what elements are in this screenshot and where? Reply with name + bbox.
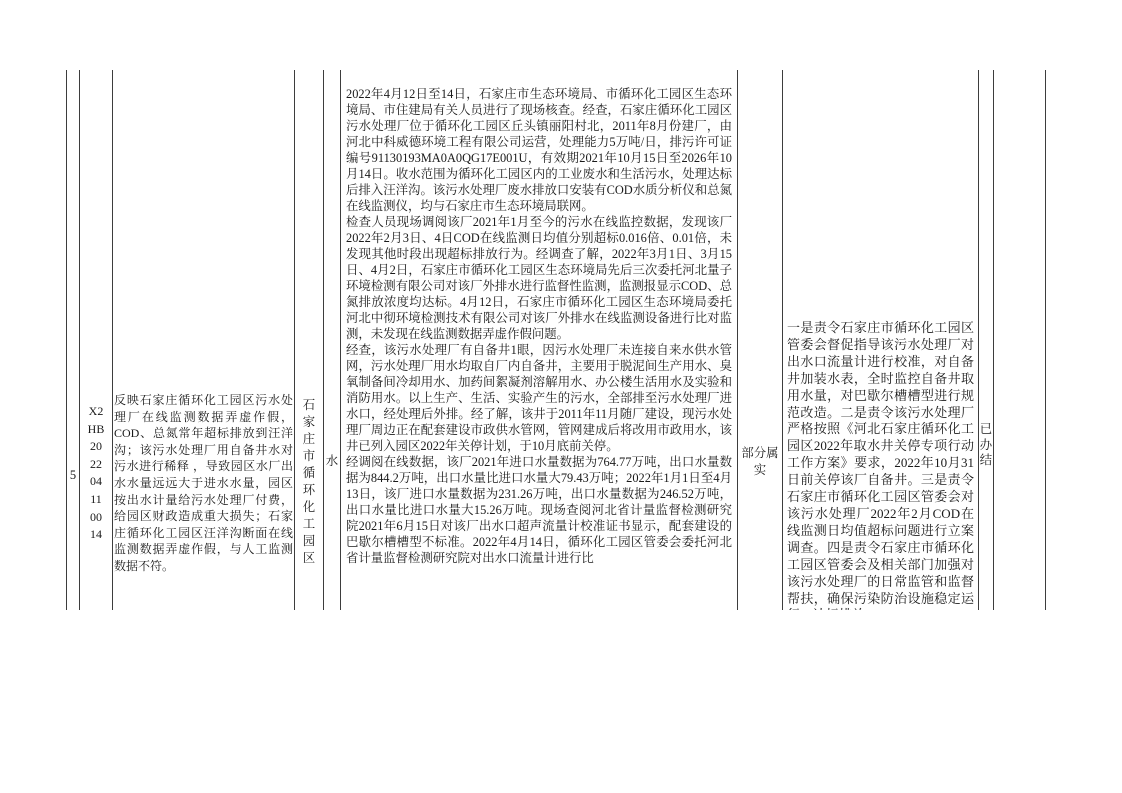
cell-status: 已 办 结 (978, 70, 993, 610)
cell-complaint: 反映石家庄循环化工园区污水处理厂在线监测数据弄虚作假， COD、总氮常年超标排放… (112, 70, 294, 610)
complaint-text: 反映石家庄循环化工园区污水处理厂在线监测数据弄虚作假， COD、总氮常年超标排放… (114, 392, 293, 575)
document-page: 5 X2 HB 20 22 04 11 00 14 反映石家庄循环化工园区污水处… (0, 0, 1122, 793)
region-name-vertical: 石 家 庄 市 循 环 化 工 园 区 (295, 397, 323, 567)
pollution-category: 水 (326, 454, 338, 468)
cell-sequence-number: 5 (66, 70, 79, 610)
cell-remarks-empty (993, 70, 1046, 610)
handling-measures-text: 一是责令石家庄市循环化工园区管委会督促指导该污水处理厂对出水口流量计进行校准，对… (787, 320, 974, 610)
case-number: X2 HB 20 22 04 11 00 14 (80, 403, 112, 544)
investigation-paragraph-1: 2022年4月12日至14日，石家庄市生态环境局、市循环化工园区生态环境局、市住… (346, 86, 732, 214)
sequence-number: 5 (70, 468, 76, 482)
cell-category: 水 (323, 70, 340, 610)
cell-handling-measures: 一是责令石家庄市循环化工园区管委会督促指导该污水处理厂对出水口流量计进行校准，对… (782, 70, 978, 610)
cell-investigation: 2022年4月12日至14日，石家庄市生态环境局、市循环化工园区生态环境局、市住… (340, 70, 737, 610)
investigation-paragraph-2: 检查人员现场调阅该厂2021年1月至今的污水在线监控数据，发现该厂2022年2月… (346, 214, 732, 342)
cell-case-number: X2 HB 20 22 04 11 00 14 (79, 70, 112, 610)
investigation-paragraph-3: 经查，该污水处理厂有自备井1眼，因污水处理厂未连接自来水供水管网，污水处理厂用水… (346, 342, 732, 454)
status-vertical: 已 办 结 (979, 422, 993, 469)
cell-verify-result: 部分属实 (737, 70, 782, 610)
cell-region: 石 家 庄 市 循 环 化 工 园 区 (294, 70, 323, 610)
verify-result: 部分属实 (740, 445, 780, 479)
investigation-paragraph-4: 经调阅在线数据，该厂2021年进口水量数据为764.77万吨，出口水量数据为84… (346, 454, 732, 566)
